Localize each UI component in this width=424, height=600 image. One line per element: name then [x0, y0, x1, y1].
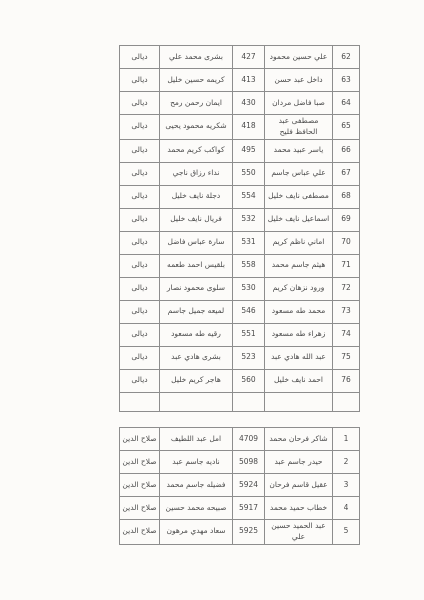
cell-name_left: فريال نايف خليل — [160, 208, 233, 231]
cell-name_left — [160, 392, 233, 411]
table-row: 64صبا فاضل مردان430ايمان رحمن رمحديالى — [120, 92, 360, 115]
cell-name_left: ناديه جاسم عبد — [160, 451, 233, 474]
cell-name_left: صبيحه محمد حسين — [160, 497, 233, 520]
cell-name_right: علي حسين محمود — [265, 46, 333, 69]
cell-name_right: محمد طه مسعود — [265, 300, 333, 323]
scanned-document-page: 62علي حسين محمود427بشرى محمد عليديالى63د… — [0, 0, 424, 600]
cell-code: 532 — [233, 208, 265, 231]
names-table-diyala: 62علي حسين محمود427بشرى محمد عليديالى63د… — [119, 45, 360, 412]
cell-code: 531 — [233, 231, 265, 254]
cell-code — [233, 392, 265, 411]
cell-name_right: عقيل قاسم فرحان — [265, 474, 333, 497]
cell-name_left: هاجر كريم خليل — [160, 369, 233, 392]
cell-province: ديالى — [120, 69, 160, 92]
cell-serial: 69 — [333, 208, 360, 231]
cell-name_right — [265, 392, 333, 411]
cell-name_left: بشرى هادي عبد — [160, 346, 233, 369]
cell-serial: 71 — [333, 254, 360, 277]
cell-name_right: عبد الله هادي عبد — [265, 346, 333, 369]
cell-province: ديالى — [120, 300, 160, 323]
cell-code: 5924 — [233, 474, 265, 497]
cell-province: صلاح الدين — [120, 497, 160, 520]
table-row: 4خطاب حميد محمد5917صبيحه محمد حسينصلاح ا… — [120, 497, 360, 520]
cell-province: صلاح الدين — [120, 520, 160, 545]
cell-name_left: نداء رزاق ناجي — [160, 162, 233, 185]
cell-province: صلاح الدين — [120, 474, 160, 497]
cell-serial: 70 — [333, 231, 360, 254]
cell-code: 523 — [233, 346, 265, 369]
cell-name_left: رقيه طه مسعود — [160, 323, 233, 346]
cell-province: ديالى — [120, 231, 160, 254]
cell-code: 427 — [233, 46, 265, 69]
cell-serial: 67 — [333, 162, 360, 185]
table-row: 5عبد الحميد حسين علي5925سعاد مهدي مرهونص… — [120, 520, 360, 545]
cell-province: ديالى — [120, 162, 160, 185]
names-table-salahaldin: 1شاكر فرحان محمد4709امل عبد اللطيفصلاح ا… — [119, 427, 360, 545]
cell-serial: 65 — [333, 115, 360, 140]
cell-name_right: مصطفى نايف خليل — [265, 185, 333, 208]
cell-serial: 62 — [333, 46, 360, 69]
table-row: 67علي عباس جاسم550نداء رزاق ناجيديالى — [120, 162, 360, 185]
cell-serial: 68 — [333, 185, 360, 208]
cell-serial: 64 — [333, 92, 360, 115]
cell-province: ديالى — [120, 369, 160, 392]
cell-serial: 76 — [333, 369, 360, 392]
cell-code: 530 — [233, 277, 265, 300]
cell-code: 551 — [233, 323, 265, 346]
table-row: 68مصطفى نايف خليل554دجلة نايف خليلديالى — [120, 185, 360, 208]
cell-name_right: احمد نايف خليل — [265, 369, 333, 392]
cell-name_left: سعاد مهدي مرهون — [160, 520, 233, 545]
cell-name_right: هيثم جاسم محمد — [265, 254, 333, 277]
table-row: 1شاكر فرحان محمد4709امل عبد اللطيفصلاح ا… — [120, 428, 360, 451]
cell-name_right: ياسر عبيد محمد — [265, 139, 333, 162]
cell-province: ديالى — [120, 254, 160, 277]
cell-code: 550 — [233, 162, 265, 185]
cell-code: 5917 — [233, 497, 265, 520]
cell-code: 418 — [233, 115, 265, 140]
cell-code: 546 — [233, 300, 265, 323]
table-row: 65مصطفى عبد الحافظ فليح418شكريه محمود يح… — [120, 115, 360, 140]
cell-province: صلاح الدين — [120, 451, 160, 474]
cell-name_left: سلوى محمود نصار — [160, 277, 233, 300]
cell-province: ديالى — [120, 46, 160, 69]
cell-name_right: عبد الحميد حسين علي — [265, 520, 333, 545]
cell-name_right: صبا فاضل مردان — [265, 92, 333, 115]
cell-name_right: اسماعيل نايف خليل — [265, 208, 333, 231]
table-row: 2حيدر جاسم عبد5098ناديه جاسم عبدصلاح الد… — [120, 451, 360, 474]
cell-code: 4709 — [233, 428, 265, 451]
cell-province: ديالى — [120, 346, 160, 369]
cell-code: 554 — [233, 185, 265, 208]
table-row: 62علي حسين محمود427بشرى محمد عليديالى — [120, 46, 360, 69]
cell-name_left: بلقيس احمد طعمه — [160, 254, 233, 277]
cell-serial: 4 — [333, 497, 360, 520]
cell-name_right: زهراء طه مسعود — [265, 323, 333, 346]
cell-name_left: فضيله جاسم محمد — [160, 474, 233, 497]
cell-name_right: اماني ناظم كريم — [265, 231, 333, 254]
cell-province: ديالى — [120, 208, 160, 231]
cell-name_left: سارة عباس فاضل — [160, 231, 233, 254]
cell-serial: 75 — [333, 346, 360, 369]
cell-code: 430 — [233, 92, 265, 115]
cell-code: 560 — [233, 369, 265, 392]
table-row: 73محمد طه مسعود546لميعه جميل جاسمديالى — [120, 300, 360, 323]
cell-name_right: داخل عبد حسن — [265, 69, 333, 92]
cell-serial: 74 — [333, 323, 360, 346]
cell-province: ديالى — [120, 185, 160, 208]
cell-name_right: ورود نزهان كريم — [265, 277, 333, 300]
cell-serial: 5 — [333, 520, 360, 545]
cell-code: 558 — [233, 254, 265, 277]
cell-name_right: شاكر فرحان محمد — [265, 428, 333, 451]
table-row: 63داخل عبد حسن413كريمه حسين خليلديالى — [120, 69, 360, 92]
cell-code: 5098 — [233, 451, 265, 474]
cell-name_left: امل عبد اللطيف — [160, 428, 233, 451]
cell-name_right: حيدر جاسم عبد — [265, 451, 333, 474]
table-row: 72ورود نزهان كريم530سلوى محمود نصارديالى — [120, 277, 360, 300]
cell-province: ديالى — [120, 139, 160, 162]
cell-province: ديالى — [120, 115, 160, 140]
cell-name_left: بشرى محمد علي — [160, 46, 233, 69]
cell-province: ديالى — [120, 277, 160, 300]
cell-code: 495 — [233, 139, 265, 162]
cell-name_left: دجلة نايف خليل — [160, 185, 233, 208]
table-row: 3عقيل قاسم فرحان5924فضيله جاسم محمدصلاح … — [120, 474, 360, 497]
cell-name_right: علي عباس جاسم — [265, 162, 333, 185]
cell-name_left: ايمان رحمن رمح — [160, 92, 233, 115]
cell-name_left: كواكب كريم محمد — [160, 139, 233, 162]
table-row: 69اسماعيل نايف خليل532فريال نايف خليلديا… — [120, 208, 360, 231]
cell-serial — [333, 392, 360, 411]
cell-name_right: مصطفى عبد الحافظ فليح — [265, 115, 333, 140]
cell-name_left: كريمه حسين خليل — [160, 69, 233, 92]
table-row — [120, 392, 360, 411]
cell-province: ديالى — [120, 92, 160, 115]
cell-name_left: شكريه محمود يحيى — [160, 115, 233, 140]
table-row: 66ياسر عبيد محمد495كواكب كريم محمدديالى — [120, 139, 360, 162]
cell-serial: 66 — [333, 139, 360, 162]
table-row: 71هيثم جاسم محمد558بلقيس احمد طعمهديالى — [120, 254, 360, 277]
cell-name_right: خطاب حميد محمد — [265, 497, 333, 520]
cell-serial: 63 — [333, 69, 360, 92]
cell-province: ديالى — [120, 323, 160, 346]
cell-serial: 72 — [333, 277, 360, 300]
table-row: 70اماني ناظم كريم531سارة عباس فاضلديالى — [120, 231, 360, 254]
cell-province — [120, 392, 160, 411]
cell-name_left: لميعه جميل جاسم — [160, 300, 233, 323]
table-row: 74زهراء طه مسعود551رقيه طه مسعودديالى — [120, 323, 360, 346]
table-row: 76احمد نايف خليل560هاجر كريم خليلديالى — [120, 369, 360, 392]
cell-code: 5925 — [233, 520, 265, 545]
cell-province: صلاح الدين — [120, 428, 160, 451]
cell-serial: 73 — [333, 300, 360, 323]
cell-code: 413 — [233, 69, 265, 92]
table-row: 75عبد الله هادي عبد523بشرى هادي عبدديالى — [120, 346, 360, 369]
cell-serial: 2 — [333, 451, 360, 474]
cell-serial: 1 — [333, 428, 360, 451]
cell-serial: 3 — [333, 474, 360, 497]
